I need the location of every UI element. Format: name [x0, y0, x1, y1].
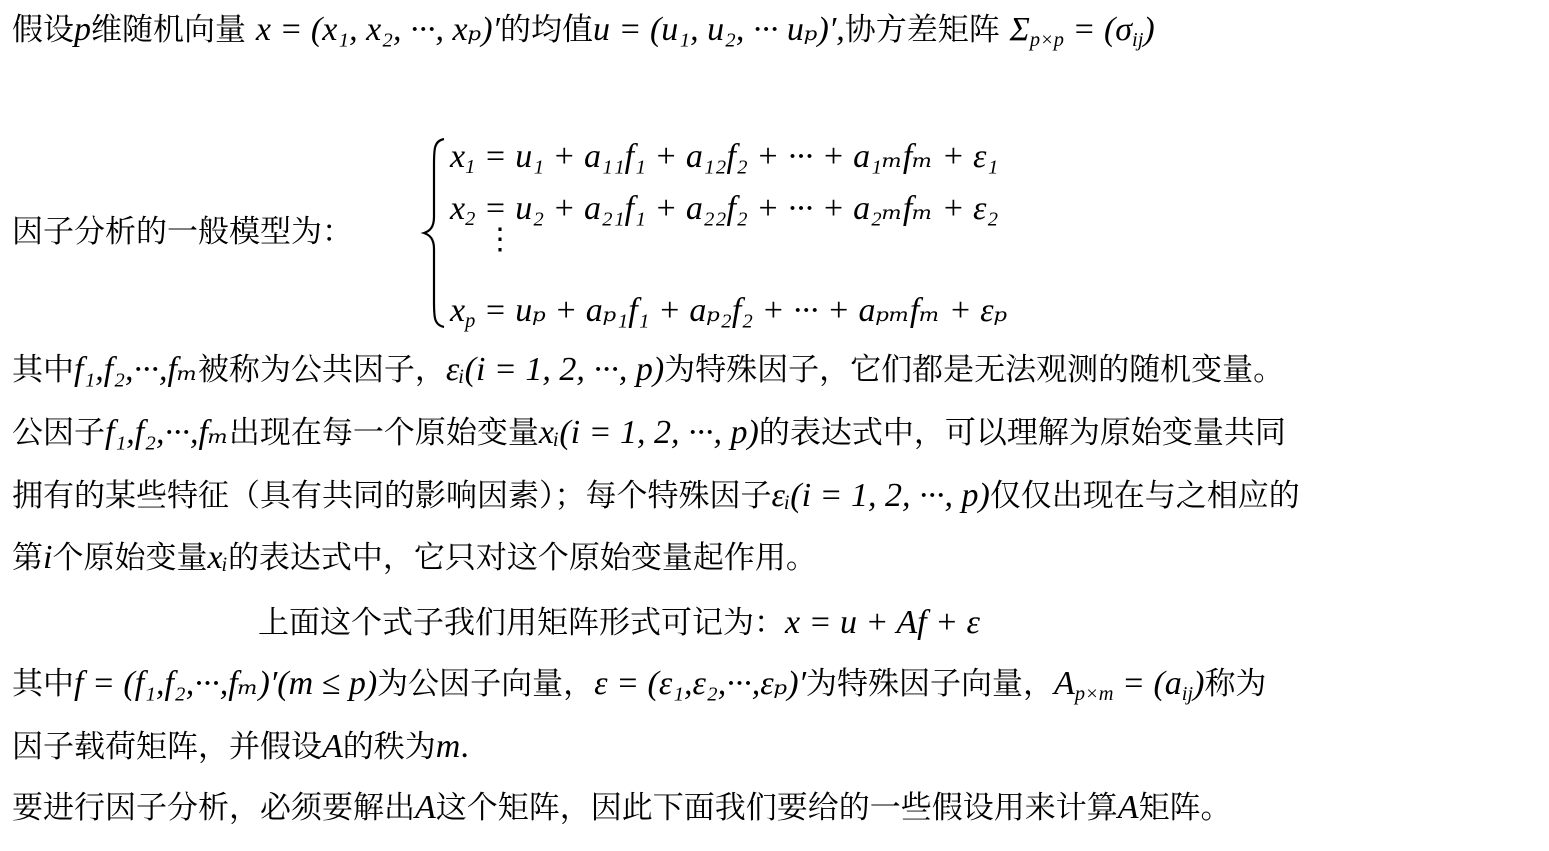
sigma-rhs: = (σ — [1073, 11, 1133, 48]
math-x-vector: x = (x₁, x₂, ···, xₚ)′ — [256, 11, 500, 48]
math-A-matrix: Ap×m = (aij) — [1054, 665, 1204, 702]
math: xᵢ — [207, 539, 227, 576]
vertical-ellipsis: ⋮ — [485, 235, 515, 245]
paragraph-factor-meaning: 公因子f₁,f₂,···,fₘ出现在每一个原始变量xᵢ(i = 1, 2, ··… — [12, 413, 1286, 453]
text: 这个矩阵，因此下面我们要给的一些假设用来计算 — [436, 790, 1118, 826]
model-label-text: 因子分析的一般模型为： — [12, 214, 353, 250]
math: x = u + Af + ε — [785, 604, 980, 641]
math-p: p — [74, 11, 91, 48]
paragraph-ith-variable: 第i个原始变量xᵢ的表达式中，它只对这个原始变量起作用。 — [12, 538, 817, 578]
intro-line: 假设p维随机向量 x = (x₁, x₂, ···, xₚ)′的均值u = (u… — [12, 10, 1155, 50]
eq-lhs: x — [450, 138, 465, 175]
text: 仅仅出现在与之相应的 — [990, 478, 1300, 514]
eq-terms: = uₚ + aₚ₁f₁ + aₚ₂f₂ + ··· + aₚₘfₘ + εₚ — [484, 292, 1007, 329]
paragraph-assumptions: 要进行因子分析，必须要解出A这个矩阵，因此下面我们要给的一些假设用来计算A矩阵。 — [12, 788, 1232, 828]
model-label: 因子分析的一般模型为： — [12, 212, 353, 252]
text: 要进行因子分析，必须要解出 — [12, 790, 415, 826]
math: εᵢ(i = 1, 2, ···, p) — [772, 477, 990, 514]
math-sub: p×m — [1075, 683, 1114, 705]
text: 被称为公共因子， — [198, 352, 446, 388]
text: 协方差矩阵 — [845, 12, 1000, 48]
text: 因子载荷矩阵，并假设 — [12, 729, 322, 765]
text: 上面这个式子我们用矩阵形式可记为： — [258, 605, 785, 641]
text: 其中 — [12, 352, 74, 388]
text: 称为 — [1204, 666, 1266, 702]
text: 的秩为 — [343, 729, 436, 765]
text: 拥有的某些特征（具有共同的影响因素）；每个特殊因子 — [12, 478, 772, 514]
eq-terms: = u₂ + a₂₁f₁ + a₂₂f₂ + ··· + a₂ₘfₘ + ε₂ — [484, 190, 998, 227]
math: εᵢ(i = 1, 2, ···, p) — [446, 351, 664, 388]
math: A — [322, 728, 343, 765]
math: = (a — [1122, 665, 1182, 702]
text: 个原始变量 — [52, 540, 207, 576]
text: 矩阵。 — [1139, 790, 1232, 826]
text: 为公因子向量， — [377, 666, 594, 702]
equation-row-p: xp = uₚ + aₚ₁f₁ + aₚ₂f₂ + ··· + aₚₘfₘ + … — [450, 291, 1007, 331]
eq-lhs-sub: p — [465, 310, 475, 332]
text: 假设 — [12, 12, 74, 48]
math: A — [415, 789, 436, 826]
paragraph-loading-matrix: 因子载荷矩阵，并假设A的秩为m. — [12, 727, 469, 767]
eq-terms: = u₁ + a₁₁f₁ + a₁₂f₂ + ··· + a₁ₘfₘ + ε₁ — [484, 138, 998, 175]
text: 其中 — [12, 666, 74, 702]
math: f = (f₁,f₂,···,fₘ)′(m ≤ p) — [74, 665, 377, 702]
matrix-form-line: 上面这个式子我们用矩阵形式可记为：x = u + Af + ε — [258, 603, 980, 643]
paragraph-common-factors: 其中f₁,f₂,···,fₘ被称为公共因子，εᵢ(i = 1, 2, ···, … — [12, 350, 1284, 390]
math: m — [436, 728, 461, 765]
math: A — [1118, 789, 1139, 826]
sigma-symbol: Σ — [1010, 11, 1030, 48]
math: ) — [1193, 665, 1204, 702]
text: 出现在每一个原始变量 — [229, 415, 539, 451]
math: A — [1054, 665, 1075, 702]
text: 的表达式中，它只对这个原始变量起作用。 — [228, 540, 817, 576]
text: 的表达式中，可以理解为原始变量共同 — [759, 415, 1286, 451]
text: . — [460, 728, 469, 765]
math: xᵢ(i = 1, 2, ···, p) — [539, 414, 759, 451]
equation-row-1: x1 = u₁ + a₁₁f₁ + a₁₂f₂ + ··· + a₁ₘfₘ + … — [450, 137, 998, 177]
paragraph-vectors: 其中f = (f₁,f₂,···,fₘ)′(m ≤ p)为公因子向量，ε = (… — [12, 664, 1266, 704]
math: ε = (ε₁,ε₂,···,εₚ)′ — [594, 665, 806, 702]
equation-row-2: x2 = u₂ + a₂₁f₁ + a₂₂f₂ + ··· + a₂ₘfₘ + … — [450, 189, 998, 229]
text: 为特殊因子，它们都是无法观测的随机变量。 — [664, 352, 1284, 388]
paragraph-special-factors: 拥有的某些特征（具有共同的影响因素）；每个特殊因子εᵢ(i = 1, 2, ··… — [12, 476, 1300, 516]
sigma-ij-subscript: ij — [1132, 29, 1143, 51]
math-sub: ij — [1182, 683, 1193, 705]
math: f₁,f₂,···,fₘ — [105, 414, 229, 451]
text: 公因子 — [12, 415, 105, 451]
math: f₁,f₂,···,fₘ — [74, 351, 198, 388]
eq-lhs-sub: 1 — [465, 156, 475, 178]
sigma-subscript: p×p — [1030, 29, 1064, 51]
left-brace-icon — [420, 135, 448, 330]
text: 维随机向量 — [91, 12, 246, 48]
math-u-vector: u = (u₁, u₂, ··· uₚ)′, — [593, 11, 845, 48]
equation-system: x1 = u₁ + a₁₁f₁ + a₁₂f₂ + ··· + a₁ₘfₘ + … — [420, 135, 1100, 330]
close-paren: ) — [1143, 11, 1154, 48]
eq-lhs-sub: 2 — [465, 208, 475, 230]
eq-lhs: x — [450, 190, 465, 227]
text: 第 — [12, 540, 43, 576]
math-sigma: Σp×p = (σij) — [1010, 11, 1155, 48]
text: 为特殊因子向量， — [806, 666, 1054, 702]
text: 的均值 — [500, 12, 593, 48]
eq-lhs: x — [450, 292, 465, 329]
